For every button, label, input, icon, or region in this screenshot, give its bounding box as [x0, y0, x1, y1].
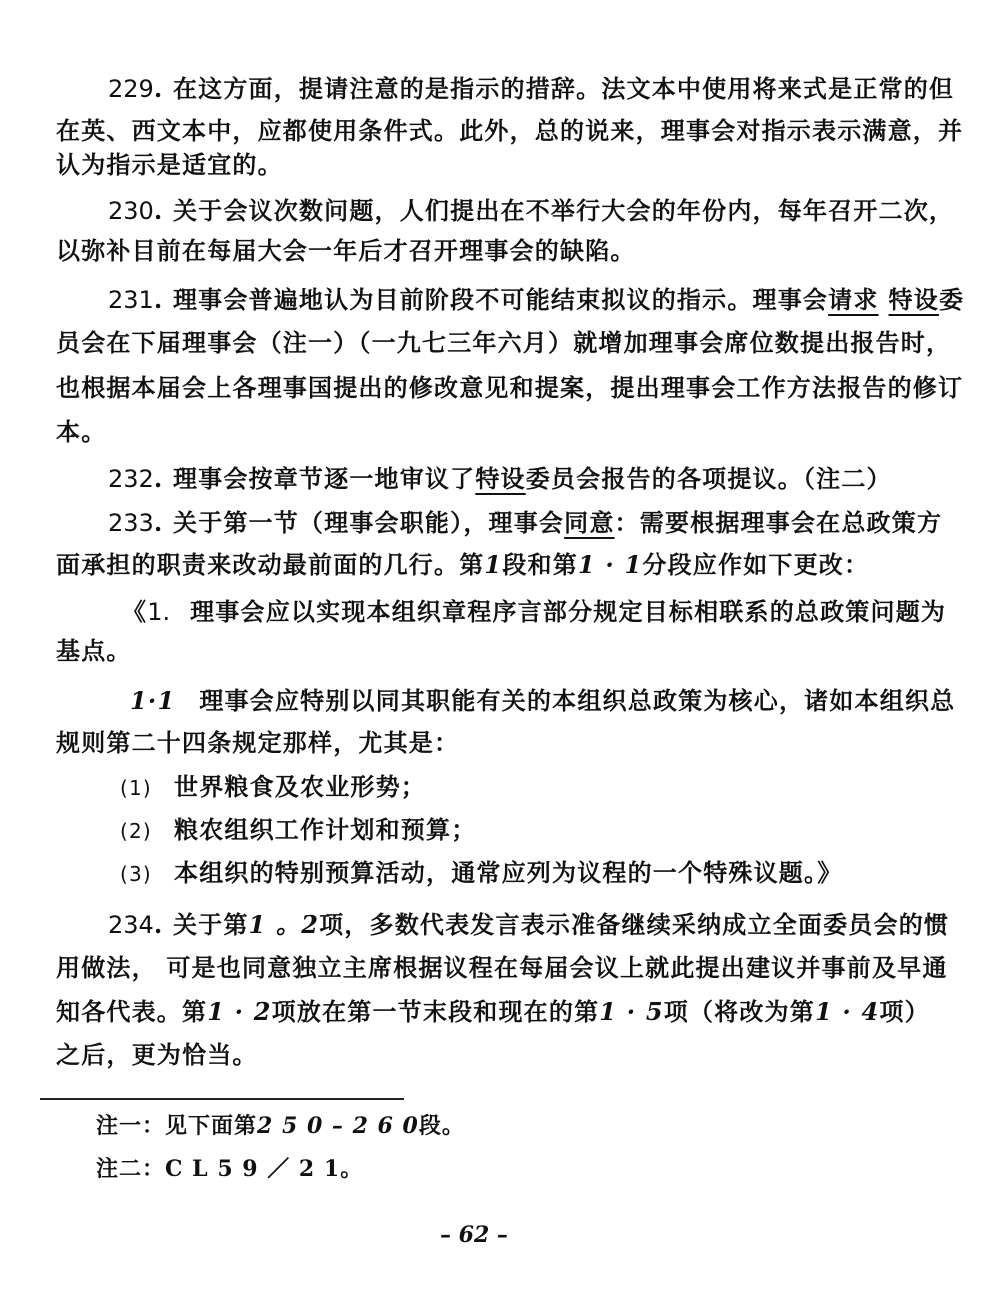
para-232: 232. 理事会按章节逐一地审议了特设委员会报告的各项提议。（注二）	[108, 464, 892, 494]
underlined-term: 同意	[564, 508, 614, 537]
para-231-line-2: 员会在下届理事会（注一）（一九七三年六月）就增加理事会席位数提出报告时，	[56, 328, 951, 358]
footnote-2: 注二：C L 5 9 ／ 2 1。	[96, 1155, 363, 1183]
para-231-line-4: 本。	[56, 417, 106, 447]
para-233-line-2: 面承担的职责来改动最前面的几行。第1段和第1 · 1分段应作如下更改：	[56, 550, 869, 580]
quote-item-1-line-1: 《1.理事会应以实现本组织章程序言部分规定目标相联系的总政策问题为	[122, 597, 946, 627]
para-234-line-1: 234. 关于第1 。2项，多数代表发言表示准备继续采纳成立全面委员会的惯	[108, 910, 949, 940]
quote-subitem-2: (2)粮农组织工作计划和预算；	[120, 815, 476, 846]
underlined-term: 特设	[475, 464, 525, 493]
underlined-term: 特设	[889, 285, 939, 314]
para-234-line-2: 用做法， 可是也同意独立主席根据议程在每届会议上就此提出建议并事前及早通	[56, 953, 948, 983]
para-231-line-3: 也根据本届会上各理事国提出的修改意见和提案，提出理事会工作方法报告的修订	[56, 373, 963, 403]
para-229-line-1: 229. 在这方面，提请注意的是指示的措辞。法文本中使用将来式是正常的但	[108, 74, 954, 104]
para-231-line-1: 231. 理事会普遍地认为目前阶段不可能结束拟议的指示。理事会请求特设委	[108, 285, 964, 315]
footnote-divider	[40, 1098, 404, 1100]
para-234-line-4: 之后，更为恰当。	[56, 1040, 258, 1070]
document-page: 229. 在这方面，提请注意的是指示的措辞。法文本中使用将来式是正常的但 在英、…	[0, 0, 1000, 1315]
para-230-line-2: 以弥补目前在每届大会一年后才召开理事会的缺陷。	[56, 236, 636, 266]
quote-subitem-3: (3)本组织的特别预算活动，通常应列为议程的一个特殊议题。》	[120, 858, 842, 889]
para-230-line-1: 230. 关于会议次数问题，人们提出在不举行大会的年份内，每年召开二次，	[108, 196, 954, 226]
para-229-line-3: 认为指示是适宜的。	[56, 150, 283, 180]
quote-item-1-1-line-2: 规则第二十四条规定那样，尤其是：	[56, 728, 459, 758]
quote-subitem-1: (1)世界粮食及农业形势；	[120, 772, 426, 803]
para-233-line-1: 233. 关于第一节（理事会职能），理事会同意：需要根据理事会在总政策方	[108, 508, 942, 538]
page-number: – 62 –	[440, 1222, 508, 1248]
underlined-term: 请求	[828, 285, 878, 314]
para-234-line-3: 知各代表。第1 · 2项放在第一节末段和现在的第1 · 5项（将改为第1 · 4…	[56, 997, 930, 1027]
para-229-line-2: 在英、西文本中，应都使用条件式。此外，总的说来，理事会对指示表示满意，并	[56, 116, 963, 146]
quote-item-1-line-2: 基点。	[56, 636, 132, 666]
quote-item-1-1-line-1: 1·1理事会应特别以同其职能有关的本组织总政策为核心，诸如本组织总	[130, 686, 955, 716]
footnote-1: 注一：见下面第2 5 0 – 2 6 0段。	[96, 1112, 465, 1140]
